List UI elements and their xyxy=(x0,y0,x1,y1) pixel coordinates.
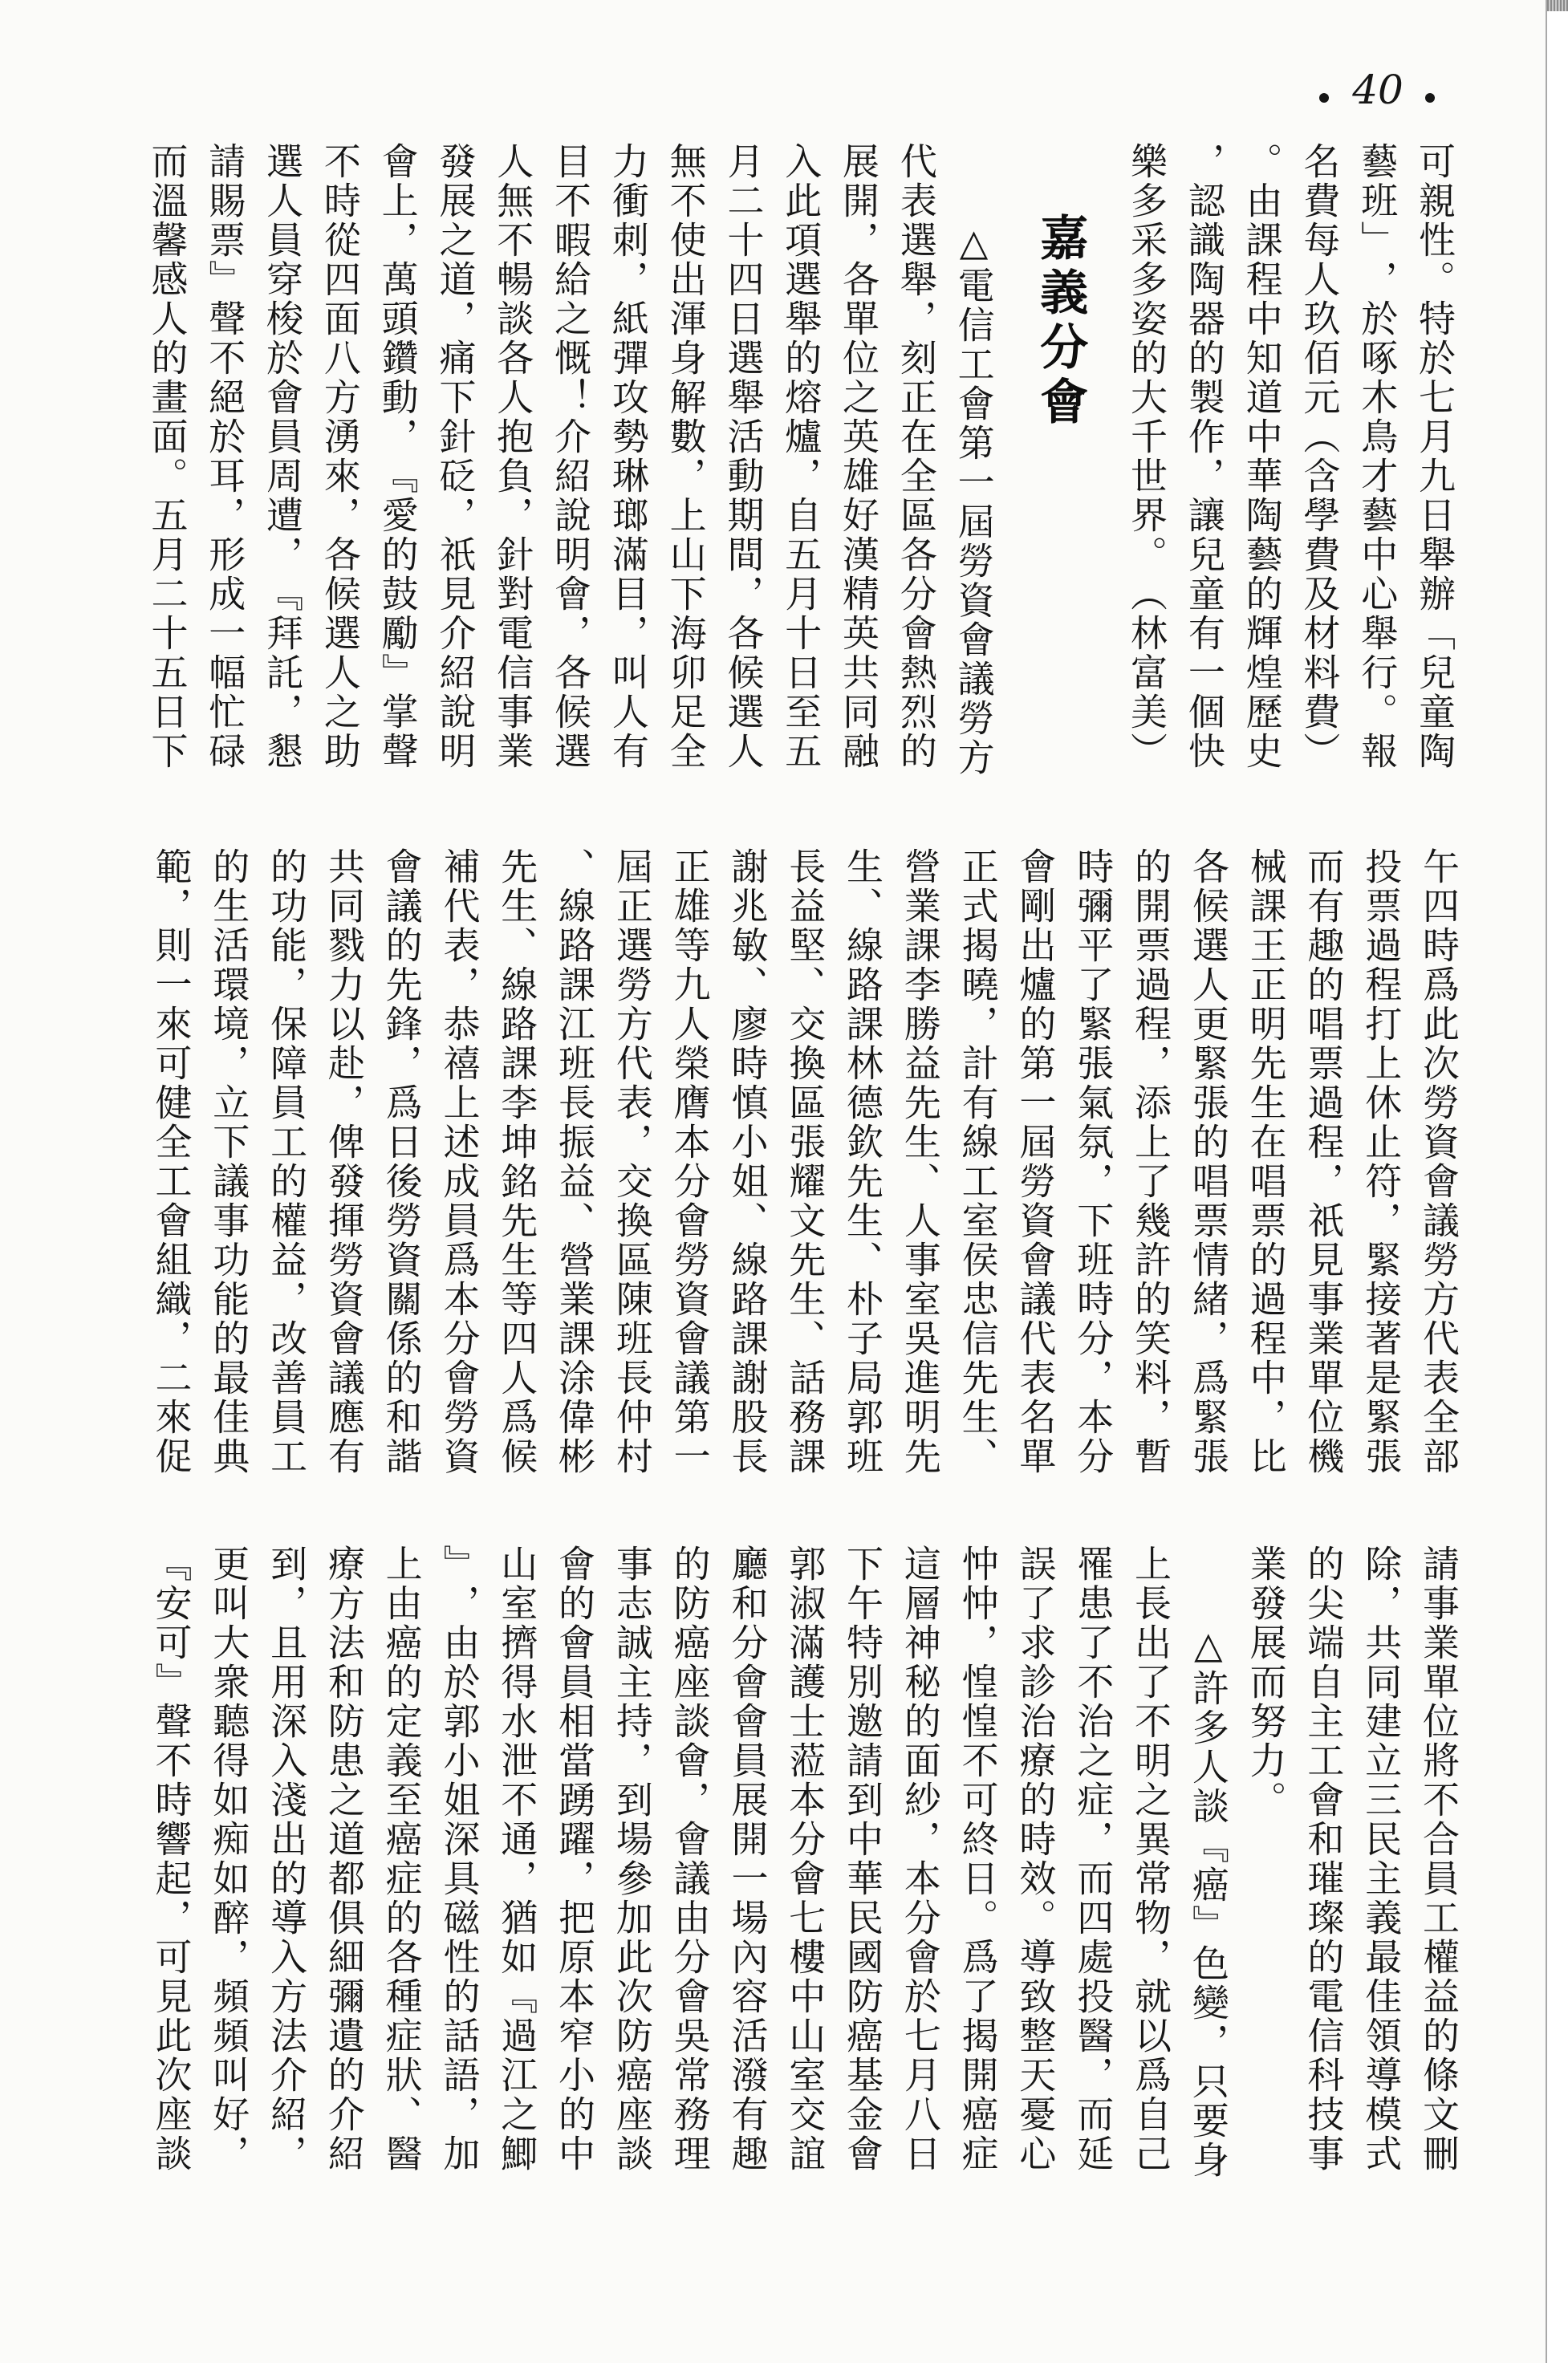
text-column: 除，共同建立三民主義最佳領導模式 xyxy=(1351,1545,1409,2186)
text-column: 生、線路課林德欽先生、朴子局郭班 xyxy=(833,847,891,1489)
section-heading: 嘉義分會 xyxy=(1002,142,1118,784)
text-column: 營業課李勝益先生、人事室吳進明先 xyxy=(891,847,949,1489)
text-column: 各候選人更緊張的唱票情緒，爲緊張 xyxy=(1179,847,1237,1489)
text-tier-bottom: 請事業單位將不合員工權益的條文刪 除，共同建立三民主義最佳領導模式 的尖端自主工… xyxy=(142,1545,1467,2186)
text-column: 正雄等九人榮膺本分會勞資會議第一 xyxy=(660,847,718,1489)
text-column: 的功能，保障員工的權益，改善員工 xyxy=(257,847,315,1489)
text-column: 下午特別邀請到中華民國防癌基金會 xyxy=(833,1545,891,2186)
text-column: 範，則一來可健全工會組織，二來促 xyxy=(142,847,200,1489)
text-column: 。由課程中知道中華陶藝的輝煌歷史 xyxy=(1233,142,1290,784)
text-column: 時彌平了緊張氣氛，下班時分，本分 xyxy=(1063,847,1121,1489)
scanned-page: 40 可親性。特於七月九日舉辦「兒童陶 藝班」，於啄木鳥才藝中心舉行。報 名費每… xyxy=(0,0,1568,2363)
text-column: 發展之道，痛下針砭，祇見介紹說明 xyxy=(426,142,484,784)
text-column: 力衝刺，紙彈攻勢琳瑯滿目，叫人有 xyxy=(599,142,656,784)
text-column: 會剛出爐的第一屆勞資會議代表名單 xyxy=(1006,847,1064,1489)
text-column: 藝班」，於啄木鳥才藝中心舉行。報 xyxy=(1347,142,1405,784)
text-column: 長益堅、交換區張耀文先生、話務課 xyxy=(775,847,833,1489)
text-column: 月二十四日選舉活動期間，各候選人 xyxy=(714,142,772,784)
text-column: 到，且用深入淺出的導入方法介紹， xyxy=(257,1545,315,2186)
text-column: 正式揭曉，計有線工室侯忠信先生、 xyxy=(949,847,1006,1489)
text-column: 罹患了不治之症，而四處投醫，而延 xyxy=(1063,1545,1121,2186)
text-column: 先生、線路課李坤銘先生等四人爲候 xyxy=(487,847,545,1489)
text-column: 而有趣的唱票過程，祇見事業單位機 xyxy=(1294,847,1352,1489)
text-column: 更叫大衆聽得如痴如醉，頻頻叫好， xyxy=(199,1545,257,2186)
text-column: 的生活環境，立下議事功能的最佳典 xyxy=(199,847,257,1489)
text-column: 忡忡，惶惶不可終日。爲了揭開癌症 xyxy=(949,1545,1006,2186)
scan-margin xyxy=(1547,0,1568,2363)
page-number: 40 xyxy=(1345,70,1411,110)
text-column: 目不暇給之慨！介紹說明會，各候選 xyxy=(541,142,599,784)
text-column: 『安可』聲不時響起，可見此次座談 xyxy=(142,1545,200,2186)
scan-edge-artifact xyxy=(1547,0,1568,11)
text-column: 誤了求診治療的時效。導致整天憂心 xyxy=(1006,1545,1064,2186)
text-column: 、線路課江班長振益、營業課涂偉彬 xyxy=(545,847,603,1489)
text-column: 請賜票』聲不絕於耳，形成一幅忙碌 xyxy=(195,142,253,784)
text-column: 午四時爲此次勞資會議勞方代表全部 xyxy=(1409,847,1467,1489)
text-column: △電信工會第一屆勞資會議勞方 xyxy=(944,142,1002,784)
text-column: 上長出了不明之異常物，就以爲自己 xyxy=(1121,1545,1179,2186)
text-column: 入此項選舉的熔爐，自五月十日至五 xyxy=(771,142,829,784)
text-column: 可親性。特於七月九日舉辦「兒童陶 xyxy=(1405,142,1463,784)
text-column: 療方法和防患之道都俱細彌遺的介紹 xyxy=(315,1545,372,2186)
text-tier-top: 可親性。特於七月九日舉辦「兒童陶 藝班」，於啄木鳥才藝中心舉行。報 名費每人玖佰… xyxy=(138,142,1463,784)
text-column: 這層神秘的面紗，本分會於七月八日 xyxy=(891,1545,949,2186)
text-column: 山室擠得水泄不通，猶如『過江之鯽 xyxy=(487,1545,545,2186)
text-column: 而溫馨感人的畫面。五月二十五日下 xyxy=(138,142,196,784)
text-column: 無不使出渾身解數，上山下海卯足全 xyxy=(656,142,714,784)
text-column: 人無不暢談各人抱負，針對電信事業 xyxy=(483,142,541,784)
text-column: 會的會員相當踴躍，把原本窄小的中 xyxy=(545,1545,603,2186)
text-column: 的尖端自主工會和璀璨的電信科技事 xyxy=(1294,1545,1352,2186)
text-column: 郭淑滿護士蒞本分會七樓中山室交誼 xyxy=(775,1545,833,2186)
text-column: 投票過程打上休止符，緊接著是緊張 xyxy=(1351,847,1409,1489)
bullet-dot-icon xyxy=(1319,93,1329,103)
text-column: 展開，各單位之英雄好漢精英共同融 xyxy=(829,142,887,784)
text-column: 上由癌的定義至癌症的各種症狀、醫 xyxy=(372,1545,430,2186)
text-column: ，認識陶器的製作，讓兒童有一個快 xyxy=(1175,142,1233,784)
text-column: 不時從四面八方湧來，各候選人之助 xyxy=(311,142,368,784)
text-column: 的開票過程，添上了幾許的笑料，暫 xyxy=(1121,847,1179,1489)
text-tier-middle: 午四時爲此次勞資會議勞方代表全部 投票過程打上休止符，緊接著是緊張 而有趣的唱票… xyxy=(142,847,1467,1489)
text-column: 』，由於郭小姐深具磁性的話語，加 xyxy=(430,1545,488,2186)
text-column: 選人員穿梭於會員周遭，『拜託，懇 xyxy=(253,142,311,784)
text-column: 名費每人玖佰元（含學費及材料費） xyxy=(1290,142,1348,784)
text-column: 事志誠主持，到場參加此次防癌座談 xyxy=(603,1545,660,2186)
text-column: 補代表，恭禧上述成員爲本分會勞資 xyxy=(430,847,488,1489)
page-edge-line xyxy=(1546,0,1547,2363)
text-column: 謝兆敏、廖時慎小姐、線路課謝股長 xyxy=(718,847,776,1489)
text-column: 請事業單位將不合員工權益的條文刪 xyxy=(1409,1545,1467,2186)
text-column: 共同戮力以赴，俾發揮勞資會議應有 xyxy=(315,847,372,1489)
text-column: 械課王正明先生在唱票的過程中，比 xyxy=(1237,847,1294,1489)
text-column: 會上，萬頭鑽動，『愛的鼓勵』掌聲 xyxy=(368,142,426,784)
text-column: 代表選舉，刻正在全區各分會熱烈的 xyxy=(887,142,944,784)
text-column: 屆正選勞方代表，交換區陳班長仲村 xyxy=(603,847,660,1489)
text-column: △許多人談『癌』色變，只要身 xyxy=(1179,1545,1237,2186)
text-column: 的防癌座談會，會議由分會吳常務理 xyxy=(660,1545,718,2186)
text-column: 廳和分會會員展開一場內容活潑有趣 xyxy=(718,1545,776,2186)
text-column: 業發展而努力。 xyxy=(1237,1545,1294,2186)
bullet-dot-icon xyxy=(1425,93,1435,103)
text-column: 樂多采多姿的大千世界。（林富美） xyxy=(1117,142,1175,784)
text-column: 會議的先鋒，爲日後勞資關係的和諧 xyxy=(372,847,430,1489)
